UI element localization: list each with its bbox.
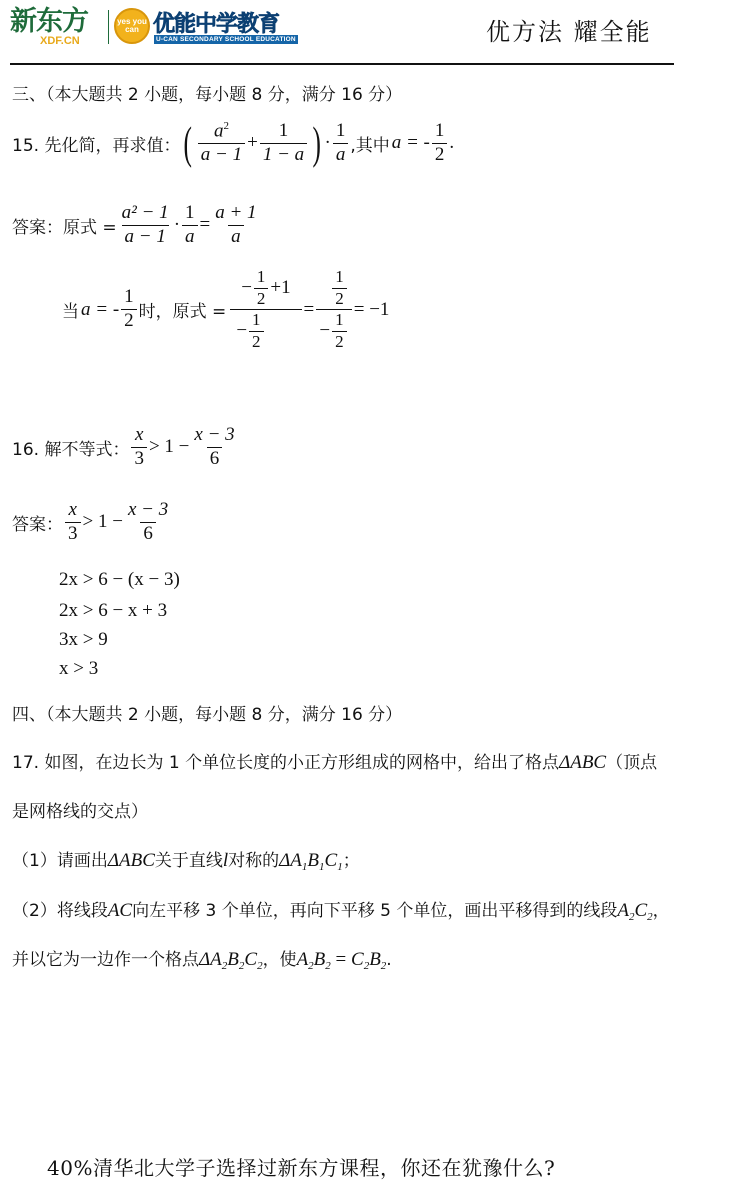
fraction: a2 a − 1 — [198, 120, 245, 166]
ucan-logo-name: 优能中学教育 — [153, 7, 279, 38]
question-16: 16. 解不等式： x 3 > 1 − x − 3 6 — [12, 425, 240, 470]
section-3-title: 三、（本大题共 2 小题，每小题 8 分，满分 16 分） — [12, 80, 402, 105]
footer-promo: 40%清华北大学子选择过新东方课程，你还在犹豫什么? — [47, 1152, 555, 1181]
header-slogan: 优方法 耀全能 — [486, 12, 652, 47]
fraction: x − 3 6 — [125, 500, 171, 545]
q17-part-2: （2）将线段AC向左平移 3 个单位，再向下平移 5 个单位，画出平移得到的线段… — [12, 896, 670, 923]
q16-answer: 答案： x 3 > 1 − x − 3 6 — [12, 500, 173, 545]
compound-fraction: 12 − 12 — [316, 268, 352, 352]
q16-step-4: x > 3 — [59, 658, 98, 680]
logo-divider — [108, 10, 109, 44]
fraction: a + 1 a — [212, 203, 259, 248]
xdf-logo-wordmark: 新东方 — [10, 8, 88, 35]
fraction: x 3 — [131, 425, 147, 470]
q15-label: 15. 先化简，再求值： — [12, 131, 180, 156]
question-17-line-2: 是网格线的交点） — [12, 797, 148, 822]
ucan-logo-subtitle: U-CAN SECONDARY SCHOOL EDUCATION — [154, 35, 298, 44]
q15-substitution: 当 a = - 1 2 时，原式 = − 12 +1 − 12 = 12 − 1… — [62, 268, 389, 352]
fraction: 1 1 − a — [260, 121, 307, 166]
right-paren: ) — [313, 120, 321, 166]
q15-answer: 答案：原式 = a² − 1 a − 1 · 1 a = a + 1 a — [12, 203, 262, 248]
question-15: 15. 先化简，再求值： ( a2 a − 1 + 1 1 − a ) · 1 … — [12, 120, 454, 166]
q16-step-2: 2x > 6 − x + 3 — [59, 600, 167, 622]
q17-part-1: （1）请画出ΔABC关于直线l对称的ΔA1B1C1； — [12, 846, 360, 873]
compound-fraction: − 12 +1 − 12 — [230, 268, 301, 352]
q17-part-2-cont: 并以它为一边作一个格点ΔA2B2C2，使A2B2 = C2B2. — [12, 945, 392, 972]
section-4-title: 四、（本大题共 2 小题，每小题 8 分，满分 16 分） — [12, 700, 402, 725]
question-17-line-1: 17. 如图，在边长为 1 个单位长度的小正方形组成的网格中，给出了格点ΔABC… — [12, 748, 657, 774]
ucan-badge-icon: yes you can — [114, 8, 150, 44]
xdf-logo: 新东方 XDF.CN — [10, 8, 88, 47]
fraction: a² − 1 a − 1 — [119, 203, 172, 248]
fraction: 1 a — [182, 203, 198, 248]
header-divider — [10, 63, 674, 65]
fraction: x 3 — [65, 500, 81, 545]
fraction: x − 3 6 — [191, 425, 237, 470]
xdf-logo-url: XDF.CN — [40, 35, 88, 47]
fraction: 1 2 — [121, 287, 137, 332]
left-paren: ( — [184, 120, 192, 166]
q16-step-1: 2x > 6 − (x − 3) — [59, 569, 180, 591]
fraction: 1 2 — [432, 121, 448, 166]
fraction: 1 a — [333, 121, 349, 166]
q16-step-3: 3x > 9 — [59, 629, 108, 651]
